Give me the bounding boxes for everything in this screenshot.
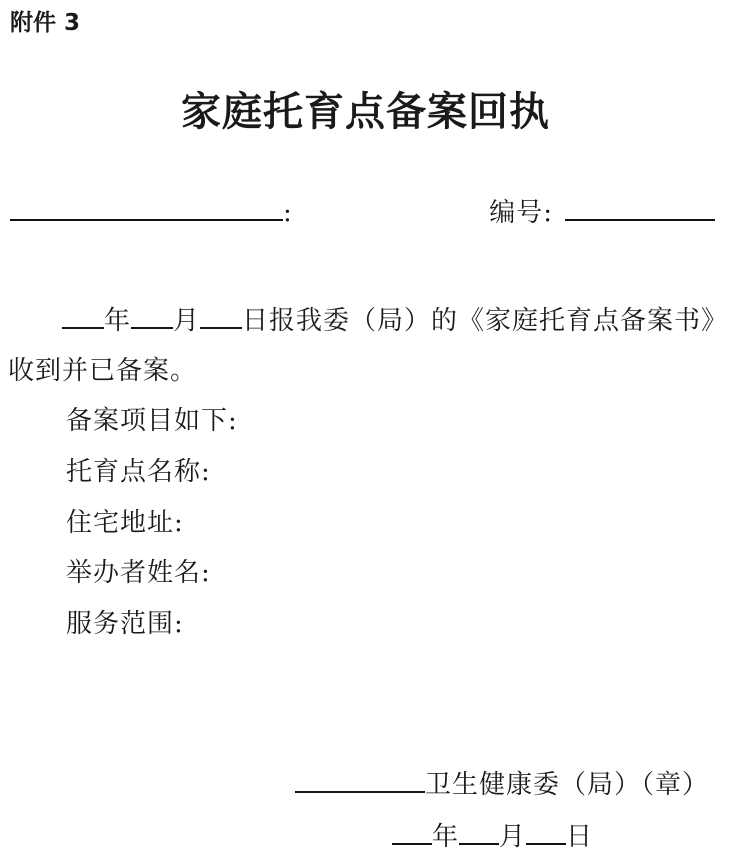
attachment-label: 附件 3 xyxy=(10,6,80,40)
authority-name: 卫生健康委（局）（章） xyxy=(425,770,709,800)
intro-day-blank xyxy=(200,327,242,329)
intro-month-blank xyxy=(131,327,173,329)
intro-year-blank xyxy=(62,327,104,329)
intro-body-text: 日报我委（局）的《家庭托育点备案书》 xyxy=(242,306,728,336)
footer-day-blank xyxy=(526,843,566,845)
document-page: 附件 3 家庭托育点备案回执 : 编号: 年月日报我委（局）的《家庭托育点备案书… xyxy=(0,0,731,862)
authority-blank xyxy=(295,791,425,793)
number-blank xyxy=(565,219,715,221)
addressee-group: : xyxy=(10,196,293,230)
authority-signature-line: 卫生健康委（局）（章） xyxy=(295,768,709,802)
item-residence-address-label: 住宅地址: xyxy=(66,506,184,540)
addressee-line: : 编号: xyxy=(10,196,715,230)
document-title: 家庭托育点备案回执 xyxy=(0,88,731,136)
footer-day-label: 日 xyxy=(566,822,593,852)
footer-month-blank xyxy=(459,843,499,845)
intro-paragraph-line1: 年月日报我委（局）的《家庭托育点备案书》 xyxy=(62,304,728,338)
footer-date-line: 年月日 xyxy=(392,820,593,854)
filing-items-heading: 备案项目如下: xyxy=(66,404,238,438)
addressee-colon: : xyxy=(283,198,293,228)
intro-month-label: 月 xyxy=(173,306,200,336)
intro-paragraph-line2: 收到并已备案。 xyxy=(8,354,197,388)
item-service-scope-label: 服务范围: xyxy=(66,607,184,641)
item-organizer-name-label: 举办者姓名: xyxy=(66,556,211,590)
item-care-point-name-label: 托育点名称: xyxy=(66,455,211,489)
addressee-blank xyxy=(10,219,283,221)
footer-year-label: 年 xyxy=(432,822,459,852)
number-field: 编号: xyxy=(489,196,715,230)
number-label: 编号: xyxy=(489,198,553,228)
intro-year-label: 年 xyxy=(104,306,131,336)
footer-month-label: 月 xyxy=(499,822,526,852)
footer-year-blank xyxy=(392,843,432,845)
